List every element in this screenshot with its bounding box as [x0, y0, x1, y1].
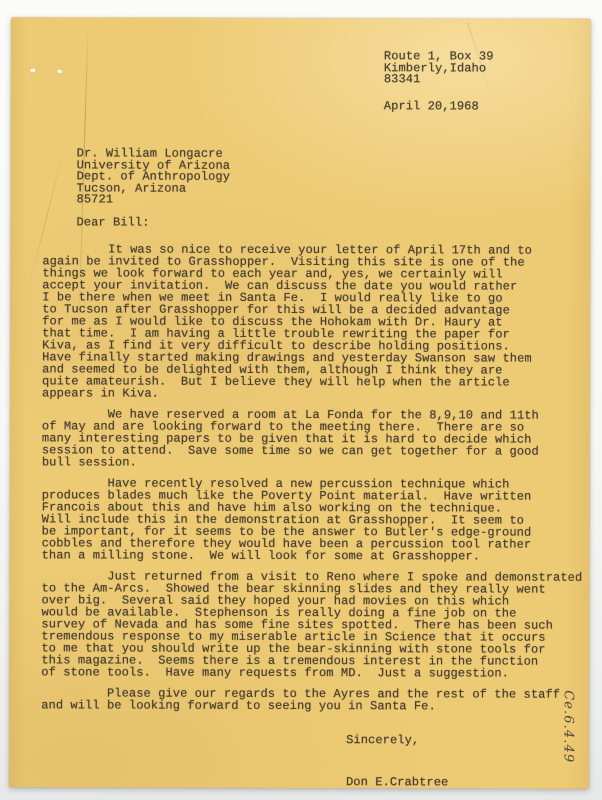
recipient-address: Dr. William Longacre University of Arizo…	[77, 148, 231, 206]
catalog-number-note: Ce.6.4.49	[561, 690, 576, 766]
return-address-line: 83341	[384, 74, 494, 86]
paragraph: It was so nice to receive your letter of…	[42, 243, 583, 400]
letter-body: It was so nice to receive your letter of…	[41, 243, 583, 721]
paragraph: Have recently resolved a new percussion …	[42, 477, 583, 562]
body-line: appears in Kiva.	[42, 387, 583, 400]
body-line: of stone tools. Have many requests from …	[41, 666, 582, 679]
return-address: Route 1, Box 39 Kimberly,Idaho 83341 Apr…	[384, 51, 494, 112]
paragraph: Just returned from a visit to Reno where…	[41, 570, 582, 679]
staple-hole	[30, 68, 36, 72]
body-line: than a milling stone. We will look for s…	[42, 549, 583, 562]
staple-hole	[56, 68, 63, 74]
body-line: bull session.	[42, 456, 583, 469]
letter-date: April 20,1968	[384, 101, 494, 113]
body-line: and will be looking forward to seeing yo…	[41, 699, 582, 712]
paragraph: Please give our regards to the Ayres and…	[41, 687, 582, 712]
recipient-line: 85721	[77, 194, 230, 206]
signature-name: Don E.Crabtree	[346, 776, 448, 788]
scan-background: Route 1, Box 39 Kimberly,Idaho 83341 Apr…	[0, 0, 602, 800]
salutation: Dear Bill:	[76, 216, 149, 228]
closing: Sincerely,	[346, 734, 419, 746]
paragraph: We have reserved a room at La Fonda for …	[42, 408, 583, 469]
letter-page: Route 1, Box 39 Kimberly,Idaho 83341 Apr…	[9, 17, 591, 789]
